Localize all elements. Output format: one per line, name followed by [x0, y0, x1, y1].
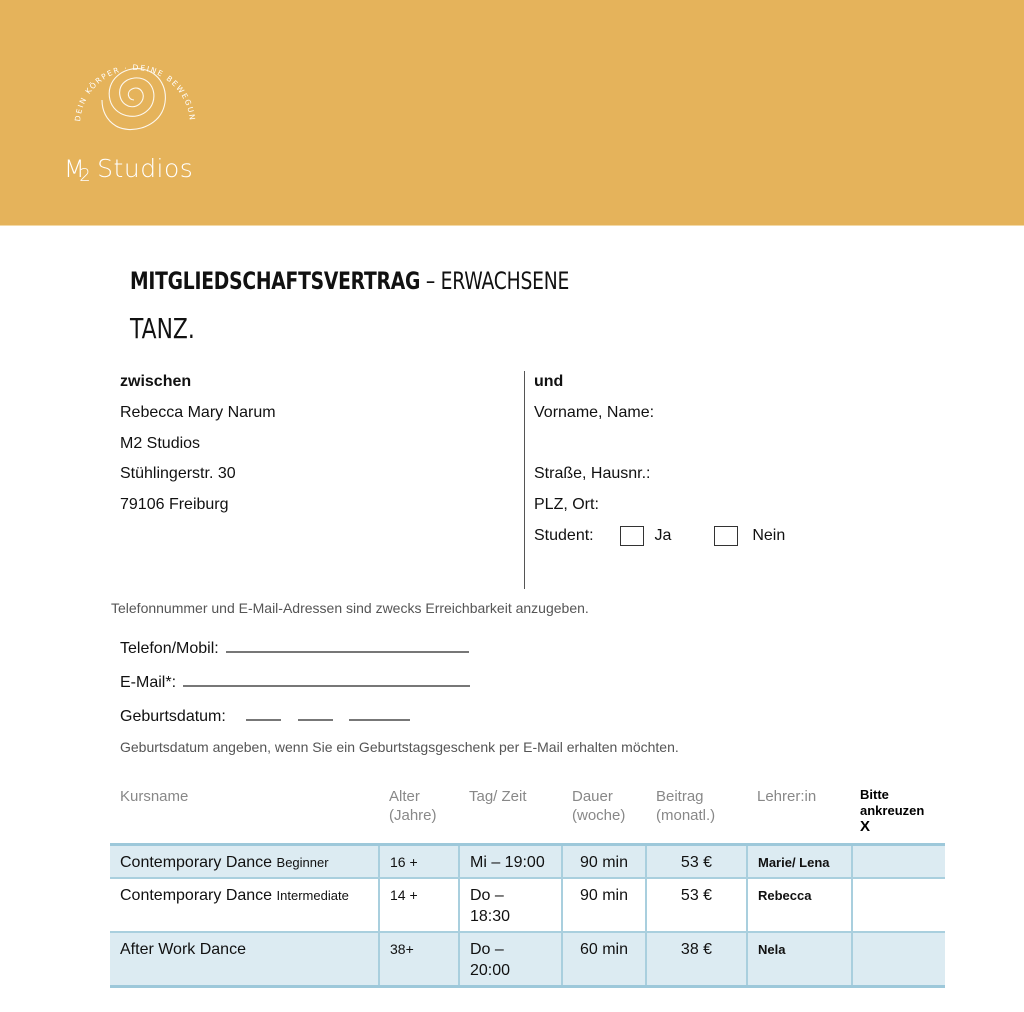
student-label: Student: [534, 527, 594, 544]
course-name: Contemporary Dance Beginner [110, 845, 379, 879]
course-duration: 90 min [562, 878, 646, 932]
birth-year-line[interactable] [349, 718, 410, 721]
course-age: 16 + [379, 845, 459, 879]
studio-street: Stühlingerstr. 30 [120, 465, 236, 483]
header-age: Alter(Jahre) [379, 782, 459, 845]
student-yes-checkbox[interactable] [620, 526, 644, 546]
course-time: Mi – 19:00 [459, 845, 562, 879]
email-label: E-Mail*: [120, 674, 176, 691]
spiral-icon: DEIN KÖRPER · DEINE BEWEGUNG · DEIN TANZ [58, 30, 210, 155]
header-teacher: Lehrer:in [747, 782, 852, 845]
course-select-cell[interactable] [852, 878, 945, 932]
member-city-field[interactable]: PLZ, Ort: [534, 496, 599, 514]
course-age: 38+ [379, 932, 459, 987]
course-select-cell[interactable] [852, 932, 945, 987]
member-name-field[interactable]: Vorname, Name: [534, 404, 654, 422]
phone-label: Telefon/Mobil: [120, 640, 219, 657]
table-row: Contemporary Dance Beginner 16 + Mi – 19… [110, 845, 945, 879]
course-select-cell[interactable] [852, 845, 945, 879]
course-fee: 38 € [646, 932, 747, 987]
email-input-line[interactable] [183, 684, 470, 687]
table-row: After Work Dance 38+ Do –20:00 60 min 38… [110, 932, 945, 987]
course-teacher: Marie/ Lena [747, 845, 852, 879]
party-heading-left: zwischen [120, 373, 191, 391]
student-no-label: Nein [752, 527, 785, 544]
page-title: MITGLIEDSCHAFTSVERTRAG – ERWACHSENE [130, 266, 569, 296]
header-select: BitteankreuzenX [852, 782, 945, 845]
header-course-name: Kursname [110, 782, 379, 845]
course-duration: 90 min [562, 845, 646, 879]
course-time: Do –18:30 [459, 878, 562, 932]
course-fee: 53 € [646, 845, 747, 879]
birthdate-field[interactable]: Geburtsdatum: [120, 708, 410, 726]
svg-text:DEIN KÖRPER · DEINE BEWEGUNG ·: DEIN KÖRPER · DEINE BEWEGUNG · DEIN TANZ [58, 30, 197, 122]
course-fee: 53 € [646, 878, 747, 932]
contact-note: Telefonnummer und E-Mail-Adressen sind z… [111, 600, 589, 616]
phone-field[interactable]: Telefon/Mobil: [120, 640, 469, 658]
course-name: Contemporary Dance Intermediate [110, 878, 379, 932]
header-time: Tag/ Zeit [459, 782, 562, 845]
party-heading-right: und [534, 373, 563, 391]
column-divider [524, 371, 525, 589]
table-row: Contemporary Dance Intermediate 14 + Do … [110, 878, 945, 932]
course-name: After Work Dance [110, 932, 379, 987]
courses-table: Kursname Alter(Jahre) Tag/ Zeit Dauer(wo… [110, 782, 945, 988]
header-fee: Beitrag(monatl.) [646, 782, 747, 845]
table-header-row: Kursname Alter(Jahre) Tag/ Zeit Dauer(wo… [110, 782, 945, 845]
student-yes-label: Ja [655, 527, 672, 544]
member-street-field[interactable]: Straße, Hausnr.: [534, 465, 651, 483]
student-row: Student: Ja Nein [534, 526, 785, 546]
header-banner: DEIN KÖRPER · DEINE BEWEGUNG · DEIN TANZ… [0, 0, 1024, 226]
studio-city: 79106 Freiburg [120, 496, 229, 514]
course-time: Do –20:00 [459, 932, 562, 987]
phone-input-line[interactable] [226, 650, 469, 653]
birthdate-note: Geburtsdatum angeben, wenn Sie ein Gebur… [120, 739, 679, 755]
birth-month-line[interactable] [298, 718, 333, 721]
m2-studios-logo: DEIN KÖRPER · DEINE BEWEGUNG · DEIN TANZ… [58, 30, 210, 190]
course-duration: 60 min [562, 932, 646, 987]
course-teacher: Rebecca [747, 878, 852, 932]
course-age: 14 + [379, 878, 459, 932]
page-subtitle: TANZ. [130, 313, 195, 345]
studio-name: M2 Studios [120, 435, 200, 453]
birthdate-label: Geburtsdatum: [120, 708, 226, 725]
email-field[interactable]: E-Mail*: [120, 674, 470, 692]
course-teacher: Nela [747, 932, 852, 987]
header-duration: Dauer(woche) [562, 782, 646, 845]
studio-owner: Rebecca Mary Narum [120, 404, 276, 422]
birth-day-line[interactable] [246, 718, 281, 721]
student-no-checkbox[interactable] [714, 526, 738, 546]
brand-name: M2Studios [64, 154, 193, 183]
